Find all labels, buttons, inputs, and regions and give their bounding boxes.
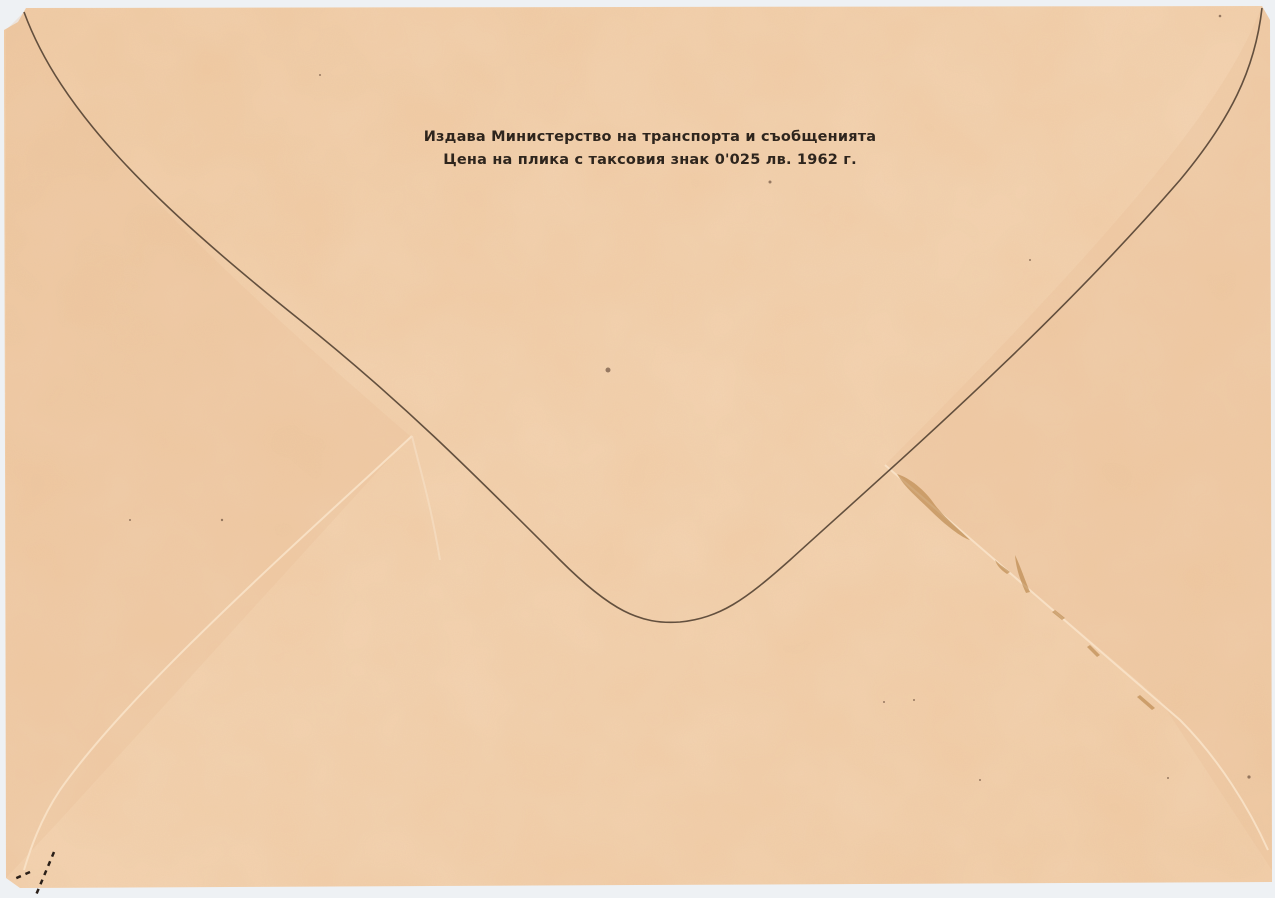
publisher-imprint: Издава Министерство на транспорта и съоб… (380, 126, 920, 172)
imprint-line-publisher: Издава Министерство на транспорта и съоб… (380, 126, 920, 149)
imprint-line-price: Цена на плика с таксовия знак 0'025 лв. … (380, 149, 920, 172)
